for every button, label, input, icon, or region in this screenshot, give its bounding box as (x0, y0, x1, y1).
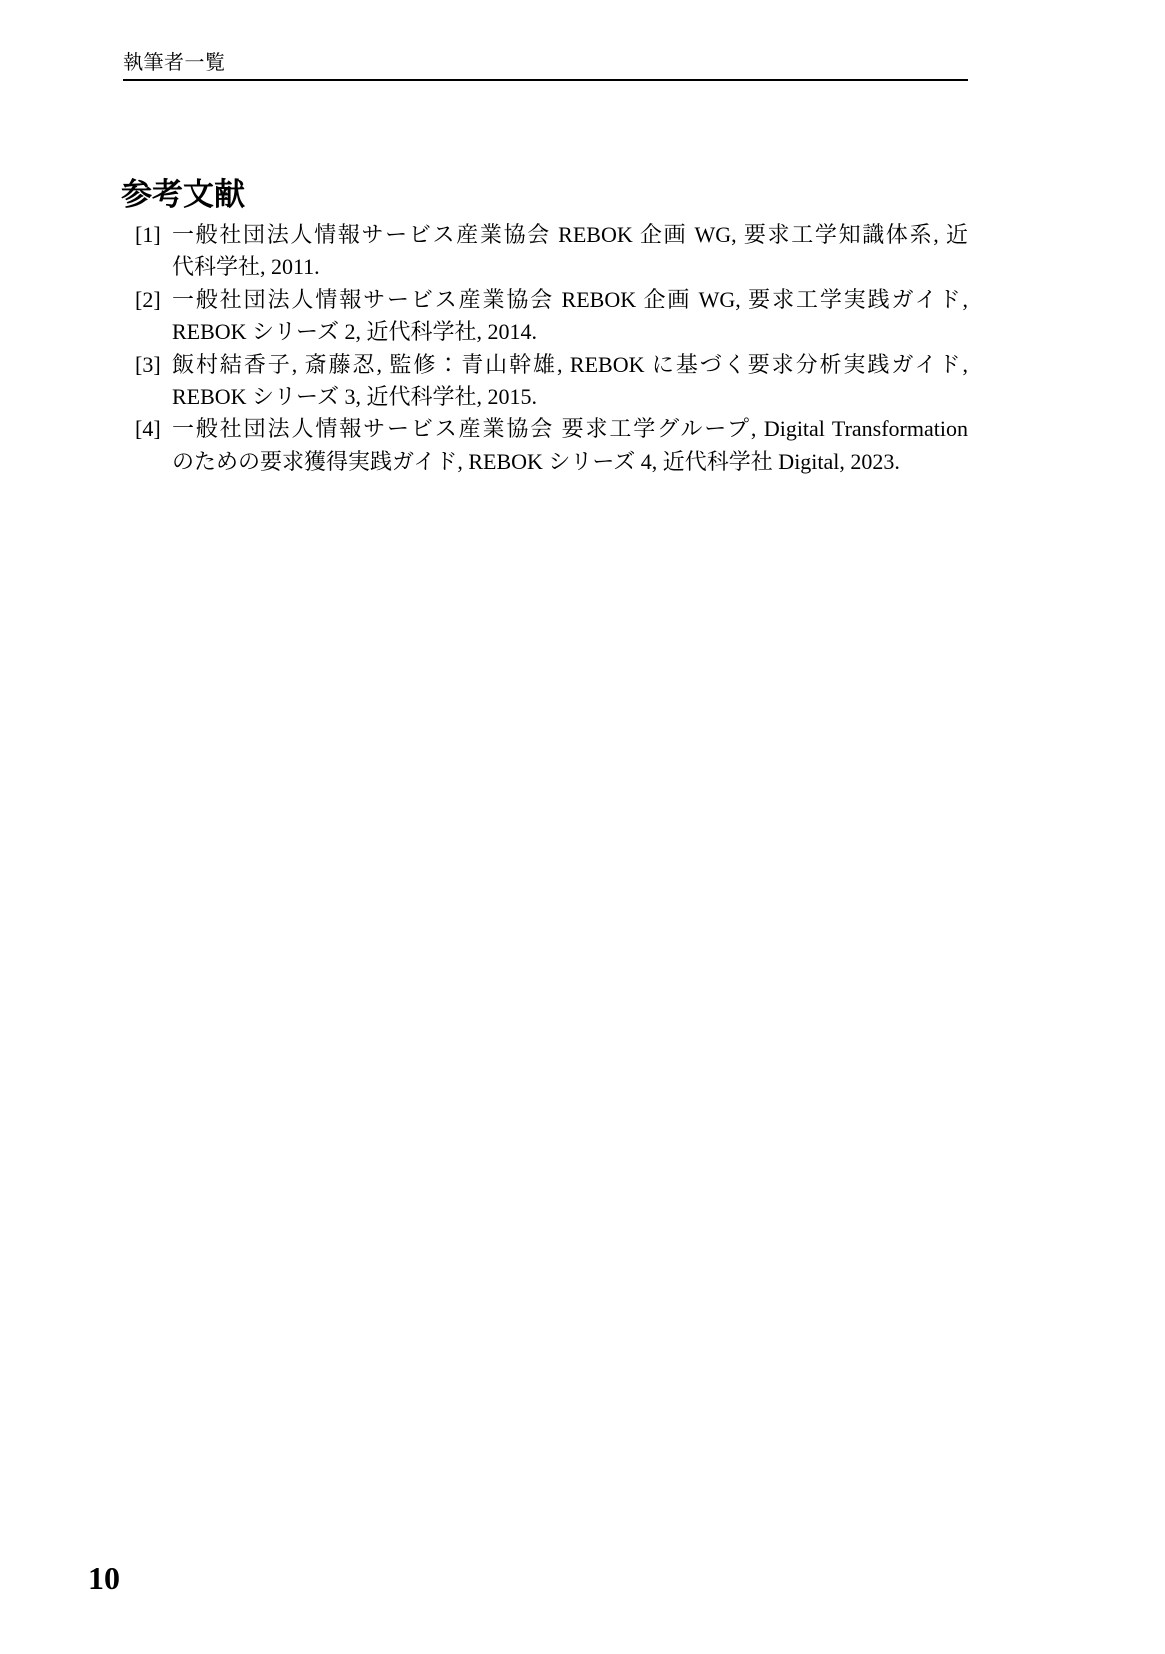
reference-line: 一般社団法人情報サービス産業協会 REBOK 企画 WG, 要求工学実践ガイド, (172, 284, 968, 316)
reference-label: [4] (135, 413, 166, 445)
page-number: 10 (88, 1562, 120, 1594)
reference-line: 一般社団法人情報サービス産業協会 REBOK 企画 WG, 要求工学知識体系, … (172, 219, 968, 251)
reference-item: [1] 一般社団法人情報サービス産業協会 REBOK 企画 WG, 要求工学知識… (122, 219, 968, 284)
reference-item: [3] 飯村結香子, 斎藤忍, 監修：青山幹雄, REBOK に基づく要求分析実… (122, 349, 968, 414)
reference-line: のための要求獲得実践ガイド, REBOK シリーズ 4, 近代科学社 Digit… (172, 446, 968, 478)
reference-line: REBOK シリーズ 3, 近代科学社, 2015. (172, 381, 968, 413)
header-rule (123, 79, 968, 81)
reference-line: 一般社団法人情報サービス産業協会 要求工学グループ, Digital Trans… (172, 413, 968, 445)
reference-label: [1] (135, 219, 166, 251)
reference-text: 一般社団法人情報サービス産業協会 要求工学グループ, Digital Trans… (172, 413, 968, 478)
reference-line: REBOK シリーズ 2, 近代科学社, 2014. (172, 316, 968, 348)
reference-line: 代科学社, 2011. (172, 251, 968, 283)
reference-text: 一般社団法人情報サービス産業協会 REBOK 企画 WG, 要求工学知識体系, … (172, 219, 968, 284)
reference-text: 一般社団法人情報サービス産業協会 REBOK 企画 WG, 要求工学実践ガイド,… (172, 284, 968, 349)
reference-label: [3] (135, 349, 166, 381)
reference-line: 飯村結香子, 斎藤忍, 監修：青山幹雄, REBOK に基づく要求分析実践ガイド… (172, 349, 968, 381)
reference-list: [1] 一般社団法人情報サービス産業協会 REBOK 企画 WG, 要求工学知識… (122, 219, 968, 478)
reference-label: [2] (135, 284, 166, 316)
section-title: 参考文献 (121, 177, 245, 213)
running-head-title: 執筆者一覧 (123, 50, 226, 76)
document-page: 執筆者一覧 参考文献 [1] 一般社団法人情報サービス産業協会 REBOK 企画… (0, 0, 1165, 1654)
reference-item: [2] 一般社団法人情報サービス産業協会 REBOK 企画 WG, 要求工学実践… (122, 284, 968, 349)
reference-text: 飯村結香子, 斎藤忍, 監修：青山幹雄, REBOK に基づく要求分析実践ガイド… (172, 349, 968, 414)
reference-item: [4] 一般社団法人情報サービス産業協会 要求工学グループ, Digital T… (122, 413, 968, 478)
